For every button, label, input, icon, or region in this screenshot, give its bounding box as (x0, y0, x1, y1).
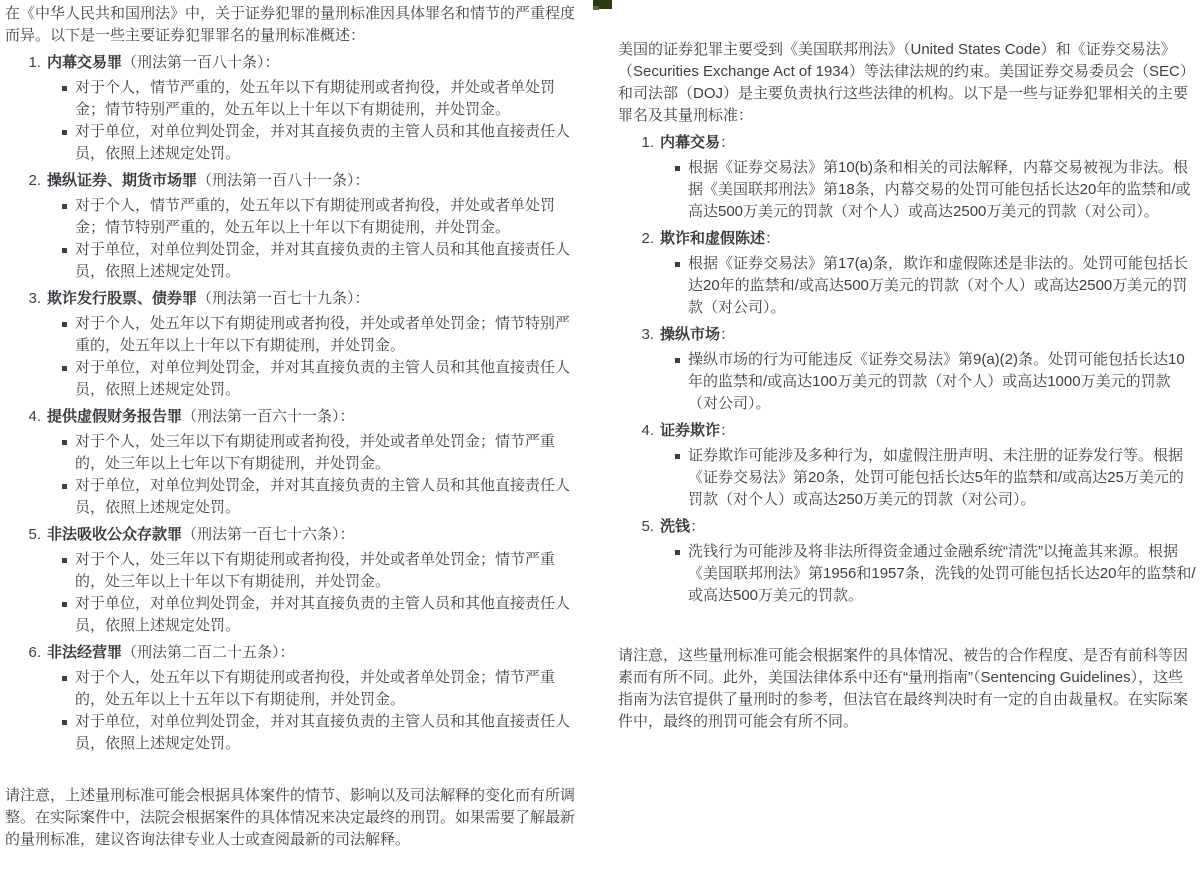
crime-item-heading: 3.欺诈发行股票、债券罪（刑法第一百七十九条）： (5, 288, 575, 310)
crime-item-heading: 1.内幕交易： (618, 132, 1197, 154)
us-disclaimer-paragraph: 请注意，这些量刑标准可能会根据案件的具体情况、被告的合作程度、是否有前科等因素而… (618, 645, 1197, 733)
crime-statute-ref: （刑法第一百八十一条）： (197, 172, 370, 189)
crime-detail-bullet: 根据《证券交易法》第17(a)条，欺诈和虚假陈述是非法的。处罚可能包括长达20年… (674, 253, 1197, 319)
crime-item-heading: 4.提供虚假财务报告罪（刑法第一百六十一条）： (5, 406, 575, 428)
crime-detail-list: 对于个人，处三年以下有期徒刑或者拘役，并处或者单处罚金；情节严重的，处三年以上七… (5, 431, 575, 519)
china-law-panel: 在《中华人民共和国刑法》中，关于证券犯罪的量刑标准因具体罪名和情节的严重程度而异… (0, 0, 600, 882)
crime-statute-ref: （刑法第一百八十条）： (122, 54, 280, 71)
china-crime-item-6: 6.非法经营罪（刑法第二百二十五条）： 对于个人，处五年以下有期徒刑或者拘役，并… (5, 642, 575, 755)
crime-detail-bullet: 对于个人，处五年以下有期徒刑或者拘役，并处或者单处罚金；情节特别严重的，处五年以… (61, 313, 575, 357)
crime-colon: ： (690, 518, 705, 535)
crime-name: 非法经营罪 (47, 644, 122, 661)
china-crime-list: 1.内幕交易罪（刑法第一百八十条）： 对于个人，情节严重的，处五年以下有期徒刑或… (5, 52, 575, 755)
crime-detail-bullet: 对于单位，对单位判处罚金，并对其直接负责的主管人员和其他直接责任人员，依照上述规… (61, 475, 575, 519)
crime-colon: ： (720, 134, 735, 151)
item-number: 1. (632, 132, 654, 154)
item-number: 6. (19, 642, 41, 664)
crime-colon: ： (720, 326, 735, 343)
crime-detail-bullet: 洗钱行为可能涉及将非法所得资金通过金融系统“清洗”以掩盖其来源。根据《美国联邦刑… (674, 541, 1197, 607)
item-number: 4. (632, 420, 654, 442)
crime-name: 非法吸收公众存款罪 (47, 526, 182, 543)
crime-item-heading: 5.非法吸收公众存款罪（刑法第一百七十六条）： (5, 524, 575, 546)
crime-detail-bullet: 对于个人，情节严重的，处五年以下有期徒刑或者拘役，并处或者单处罚金；情节特别严重… (61, 77, 575, 121)
china-crime-item-5: 5.非法吸收公众存款罪（刑法第一百七十六条）： 对于个人，处三年以下有期徒刑或者… (5, 524, 575, 637)
crime-detail-bullet: 对于单位，对单位判处罚金，并对其直接负责的主管人员和其他直接责任人员，依照上述规… (61, 239, 575, 283)
crime-detail-list: 对于个人，处五年以下有期徒刑或者拘役，并处或者单处罚金；情节严重的，处五年以上十… (5, 667, 575, 755)
crime-item-heading: 1.内幕交易罪（刑法第一百八十条）： (5, 52, 575, 74)
crime-name: 欺诈和虚假陈述 (660, 230, 765, 247)
china-disclaimer-paragraph: 请注意，上述量刑标准可能会根据具体案件的情节、影响以及司法解释的变化而有所调整。… (5, 785, 575, 851)
us-intro-paragraph: 美国的证券犯罪主要受到《美国联邦刑法》（United States Code）和… (618, 39, 1197, 127)
item-number: 5. (19, 524, 41, 546)
crime-detail-bullet: 根据《证券交易法》第10(b)条和相关的司法解释，内幕交易被视为非法。根据《美国… (674, 157, 1197, 223)
crime-statute-ref: （刑法第一百六十一条）： (182, 408, 355, 425)
crime-name: 内幕交易 (660, 134, 720, 151)
crime-detail-list: 根据《证券交易法》第10(b)条和相关的司法解释，内幕交易被视为非法。根据《美国… (618, 157, 1197, 223)
crime-detail-bullet: 对于单位，对单位判处罚金，并对其直接负责的主管人员和其他直接责任人员，依照上述规… (61, 121, 575, 165)
us-crime-item-1: 1.内幕交易： 根据《证券交易法》第10(b)条和相关的司法解释，内幕交易被视为… (618, 132, 1197, 223)
us-crime-list: 1.内幕交易： 根据《证券交易法》第10(b)条和相关的司法解释，内幕交易被视为… (618, 132, 1197, 607)
item-number: 2. (19, 170, 41, 192)
crime-statute-ref: （刑法第二百二十五条）： (122, 644, 295, 661)
crime-detail-list: 对于个人，情节严重的，处五年以下有期徒刑或者拘役，并处或者单处罚金；情节特别严重… (5, 195, 575, 283)
crime-item-heading: 4.证券欺诈： (618, 420, 1197, 442)
crime-name: 内幕交易罪 (47, 54, 122, 71)
crime-detail-bullet: 证券欺诈可能涉及多种行为，如虚假注册声明、未注册的证券发行等。根据《证券交易法》… (674, 445, 1197, 511)
crime-detail-list: 根据《证券交易法》第17(a)条，欺诈和虚假陈述是非法的。处罚可能包括长达20年… (618, 253, 1197, 319)
item-number: 3. (19, 288, 41, 310)
crime-name: 提供虚假财务报告罪 (47, 408, 182, 425)
china-crime-item-2: 2.操纵证券、期货市场罪（刑法第一百八十一条）： 对于个人，情节严重的，处五年以… (5, 170, 575, 283)
item-number: 3. (632, 324, 654, 346)
item-number: 2. (632, 228, 654, 250)
crime-detail-bullet: 对于单位，对单位判处罚金，并对其直接负责的主管人员和其他直接责任人员，依照上述规… (61, 711, 575, 755)
item-number: 4. (19, 406, 41, 428)
crime-detail-bullet: 对于单位，对单位判处罚金，并对其直接负责的主管人员和其他直接责任人员，依照上述规… (61, 593, 575, 637)
crime-detail-list: 证券欺诈可能涉及多种行为，如虚假注册声明、未注册的证券发行等。根据《证券交易法》… (618, 445, 1197, 511)
crime-detail-bullet: 对于个人，情节严重的，处五年以下有期徒刑或者拘役，并处或者单处罚金；情节特别严重… (61, 195, 575, 239)
crime-name: 操纵市场 (660, 326, 720, 343)
crime-detail-bullet: 对于个人，处五年以下有期徒刑或者拘役，并处或者单处罚金；情节严重的，处五年以上十… (61, 667, 575, 711)
crime-statute-ref: （刑法第一百七十六条）： (182, 526, 355, 543)
crime-colon: ： (765, 230, 780, 247)
crime-detail-list: 操纵市场的行为可能违反《证券交易法》第9(a)(2)条。处罚可能包括长达10年的… (618, 349, 1197, 415)
crime-detail-bullet: 对于单位，对单位判处罚金，并对其直接负责的主管人员和其他直接责任人员，依照上述规… (61, 357, 575, 401)
crime-detail-bullet: 对于个人，处三年以下有期徒刑或者拘役，并处或者单处罚金；情节严重的，处三年以上七… (61, 431, 575, 475)
us-crime-item-2: 2.欺诈和虚假陈述： 根据《证券交易法》第17(a)条，欺诈和虚假陈述是非法的。… (618, 228, 1197, 319)
crime-colon: ： (720, 422, 735, 439)
crime-name: 证券欺诈 (660, 422, 720, 439)
china-crime-item-3: 3.欺诈发行股票、债券罪（刑法第一百七十九条）： 对于个人，处五年以下有期徒刑或… (5, 288, 575, 401)
crime-item-heading: 6.非法经营罪（刑法第二百二十五条）： (5, 642, 575, 664)
crime-name: 欺诈发行股票、债券罪 (47, 290, 197, 307)
item-number: 1. (19, 52, 41, 74)
us-crime-item-4: 4.证券欺诈： 证券欺诈可能涉及多种行为，如虚假注册声明、未注册的证券发行等。根… (618, 420, 1197, 511)
crime-name: 洗钱 (660, 518, 690, 535)
china-crime-item-1: 1.内幕交易罪（刑法第一百八十条）： 对于个人，情节严重的，处五年以下有期徒刑或… (5, 52, 575, 165)
item-number: 5. (632, 516, 654, 538)
us-law-panel: 美国的证券犯罪主要受到《美国联邦刑法》（United States Code）和… (600, 0, 1200, 882)
crime-item-heading: 2.操纵证券、期货市场罪（刑法第一百八十一条）： (5, 170, 575, 192)
crime-detail-list: 洗钱行为可能涉及将非法所得资金通过金融系统“清洗”以掩盖其来源。根据《美国联邦刑… (618, 541, 1197, 607)
crime-detail-bullet: 操纵市场的行为可能违反《证券交易法》第9(a)(2)条。处罚可能包括长达10年的… (674, 349, 1197, 415)
crime-detail-list: 对于个人，处三年以下有期徒刑或者拘役，并处或者单处罚金；情节严重的，处三年以上十… (5, 549, 575, 637)
china-crime-item-4: 4.提供虚假财务报告罪（刑法第一百六十一条）： 对于个人，处三年以下有期徒刑或者… (5, 406, 575, 519)
crime-name: 操纵证券、期货市场罪 (47, 172, 197, 189)
two-column-comparison-page: 在《中华人民共和国刑法》中，关于证券犯罪的量刑标准因具体罪名和情节的严重程度而异… (0, 0, 1200, 882)
us-crime-item-5: 5.洗钱： 洗钱行为可能涉及将非法所得资金通过金融系统“清洗”以掩盖其来源。根据… (618, 516, 1197, 607)
crime-statute-ref: （刑法第一百七十九条）： (197, 290, 370, 307)
crime-item-heading: 3.操纵市场： (618, 324, 1197, 346)
window-corner-fragment-step (593, 6, 599, 10)
crime-detail-list: 对于个人，处五年以下有期徒刑或者拘役，并处或者单处罚金；情节特别严重的，处五年以… (5, 313, 575, 401)
crime-detail-bullet: 对于个人，处三年以下有期徒刑或者拘役，并处或者单处罚金；情节严重的，处三年以上十… (61, 549, 575, 593)
crime-item-heading: 2.欺诈和虚假陈述： (618, 228, 1197, 250)
us-crime-item-3: 3.操纵市场： 操纵市场的行为可能违反《证券交易法》第9(a)(2)条。处罚可能… (618, 324, 1197, 415)
china-intro-paragraph: 在《中华人民共和国刑法》中，关于证券犯罪的量刑标准因具体罪名和情节的严重程度而异… (5, 3, 575, 47)
crime-item-heading: 5.洗钱： (618, 516, 1197, 538)
crime-detail-list: 对于个人，情节严重的，处五年以下有期徒刑或者拘役，并处或者单处罚金；情节特别严重… (5, 77, 575, 165)
